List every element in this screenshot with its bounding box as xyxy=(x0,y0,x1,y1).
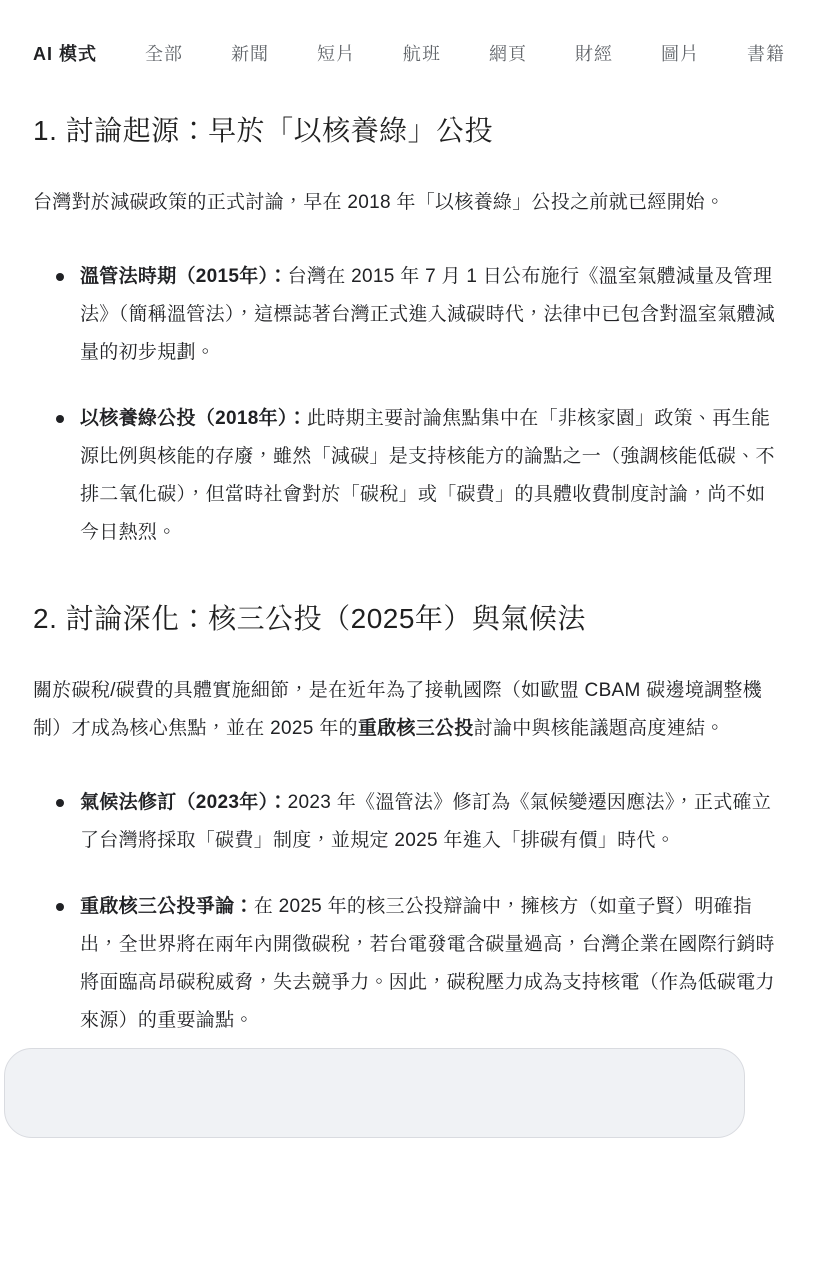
bullet-item: 以核養綠公投（2018年）：此時期主要討論焦點集中在「非核家園」政策、再生能源比… xyxy=(33,400,782,552)
bullet-list: 溫管法時期（2015年）：台灣在 2015 年 7 月 1 日公布施行《溫室氣體… xyxy=(33,258,782,552)
bullet-label: 氣候法修訂（2023年）： xyxy=(80,792,288,813)
ai-mode-answer: 1. 討論起源：早於「以核養綠」公投 台灣對於減碳政策的正式討論，早在 2018… xyxy=(0,112,815,1040)
search-tab[interactable]: 短片 xyxy=(317,42,355,66)
search-tab[interactable]: 航班 xyxy=(403,42,441,66)
bullet-label: 以核養綠公投（2018年）： xyxy=(80,408,307,429)
search-category-tabs: AI 模式 全部 新聞 短片 航班 網頁 財經 圖片 書籍 xyxy=(0,0,815,74)
intro-segment: 重啟核三公投 xyxy=(358,718,474,739)
section-intro: 關於碳稅/碳費的具體實施細節，是在近年為了接軌國際（如歐盟 CBAM 碳邊境調整… xyxy=(33,672,782,748)
bullet-list: 氣候法修訂（2023年）：2023 年《溫管法》修訂為《氣候變遷因應法》，正式確… xyxy=(33,784,782,1040)
search-tab[interactable]: 網頁 xyxy=(489,42,527,66)
answer-section: 2. 討論深化：核三公投（2025年）與氣候法 關於碳稅/碳費的具體實施細節，是… xyxy=(33,600,782,1040)
bullet-label: 溫管法時期（2015年）： xyxy=(80,266,288,287)
bullet-label: 重啟核三公投爭論： xyxy=(80,896,254,917)
bullet-item: 氣候法修訂（2023年）：2023 年《溫管法》修訂為《氣候變遷因應法》，正式確… xyxy=(33,784,782,860)
section-intro: 台灣對於減碳政策的正式討論，早在 2018 年「以核養綠」公投之前就已經開始。 xyxy=(33,184,782,222)
search-tab[interactable]: 書籍 xyxy=(747,42,785,66)
bullet-item: 重啟核三公投爭論：在 2025 年的核三公投辯論中，擁核方（如童子賢）明確指出，… xyxy=(33,888,782,1040)
search-tab[interactable]: AI 模式 xyxy=(33,42,97,66)
intro-segment: 討論中與核能議題高度連結。 xyxy=(474,718,725,739)
section-heading: 2. 討論深化：核三公投（2025年）與氣候法 xyxy=(33,600,782,638)
section-heading: 1. 討論起源：早於「以核養綠」公投 xyxy=(33,112,782,150)
google-search-results-page: AI 模式 全部 新聞 短片 航班 網頁 財經 圖片 書籍 1. 討論起源：早於… xyxy=(0,0,815,1280)
search-tab[interactable]: 全部 xyxy=(145,42,183,66)
search-tab[interactable]: 財經 xyxy=(575,42,613,66)
bullet-item: 溫管法時期（2015年）：台灣在 2015 年 7 月 1 日公布施行《溫室氣體… xyxy=(33,258,782,372)
search-tab[interactable]: 新聞 xyxy=(231,42,269,66)
followup-input-box[interactable] xyxy=(4,1048,745,1138)
intro-segment: 台灣對於減碳政策的正式討論，早在 2018 年「以核養綠」公投之前就已經開始。 xyxy=(33,192,725,213)
search-tab[interactable]: 圖片 xyxy=(661,42,699,66)
answer-section: 1. 討論起源：早於「以核養綠」公投 台灣對於減碳政策的正式討論，早在 2018… xyxy=(33,112,782,552)
